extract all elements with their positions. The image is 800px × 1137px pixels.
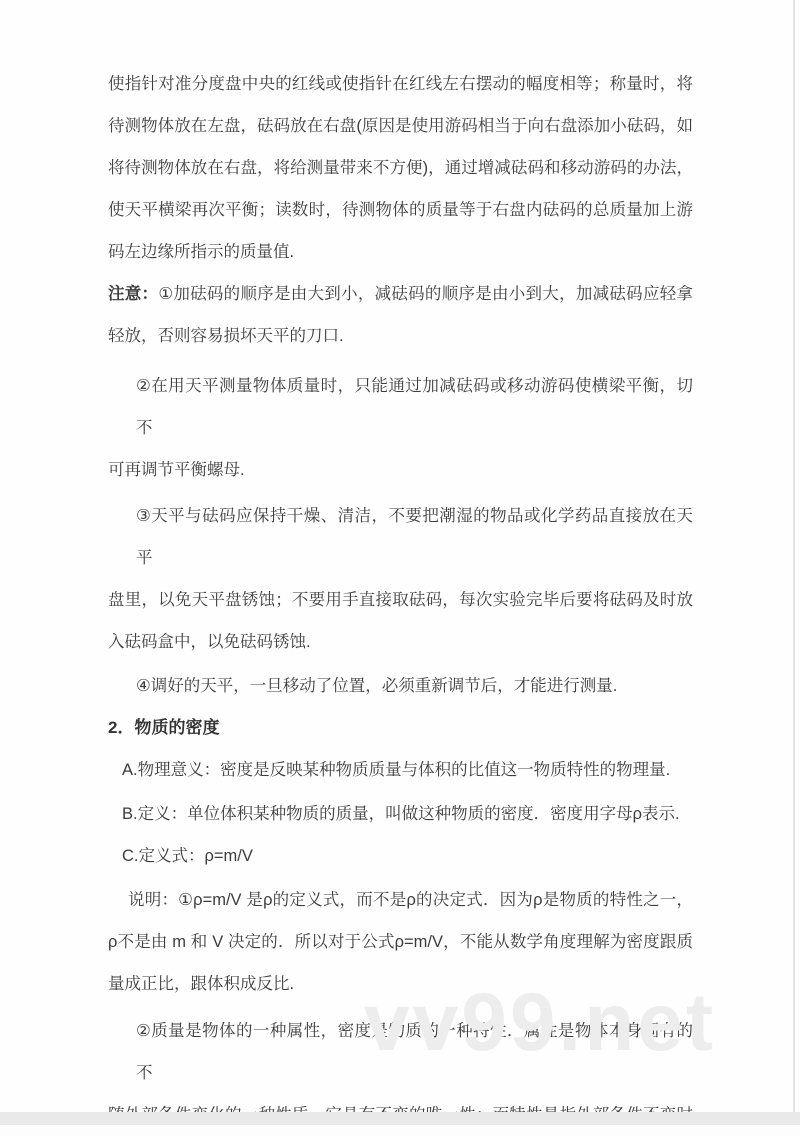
text-line: 可再调节平衡螺母. — [108, 449, 693, 491]
text-line: 使天平横梁再次平衡；读数时，待测物体的质量等于右盘内砝码的总质量加上游 — [108, 189, 693, 231]
text-line: 待测物体放在左盘，砝码放在右盘(原因是使用游码相当于向右盘添加小砝码，如 — [108, 105, 693, 147]
section-heading: 2．物质的密度 — [108, 707, 693, 749]
paragraph: ②在用天平测量物体质量时，只能通过加减砝码或移动游码使横梁平衡，切不可再调节平衡… — [108, 365, 693, 491]
document-page: 使指针对准分度盘中央的红线或使指针在红线左右摆动的幅度相等；称量时，将待测物体放… — [0, 0, 800, 1137]
text-line: 说明：①ρ=m/V 是ρ的定义式，而不是ρ的决定式．因为ρ是物质的特性之一， — [108, 879, 693, 921]
document-body: 使指针对准分度盘中央的红线或使指针在红线左右摆动的幅度相等；称量时，将待测物体放… — [108, 63, 693, 1136]
paragraph: ③天平与砝码应保持干燥、清洁，不要把潮湿的物品或化学药品直接放在天平盘里，以免天… — [108, 495, 693, 663]
text-line: ④调好的天平，一旦移动了位置，必须重新调节后，才能进行测量. — [108, 665, 693, 707]
paragraph: 使指针对准分度盘中央的红线或使指针在红线左右摆动的幅度相等；称量时，将待测物体放… — [108, 63, 693, 273]
text-line: 轻放，否则容易损坏天平的刀口. — [108, 315, 693, 357]
text-line: 使指针对准分度盘中央的红线或使指针在红线左右摆动的幅度相等；称量时，将 — [108, 63, 693, 105]
text-line: 2．物质的密度 — [108, 707, 693, 749]
text-line: ρ不是由 m 和 V 决定的．所以对于公式ρ=m/V，不能从数学角度理解为密度跟… — [108, 921, 693, 963]
paragraph: 注意：①加砝码的顺序是由大到小，减砝码的顺序是由小到大，加减砝码应轻拿轻放，否则… — [108, 273, 693, 357]
text-line: 入砝码盒中，以免砝码锈蚀. — [108, 621, 693, 663]
paragraph: C.定义式：ρ=m/V — [108, 835, 693, 877]
text-line: 将待测物体放在右盘，将给测量带来不方便)，通过增减砝码和移动游码的办法， — [108, 147, 693, 189]
text-line: A.物理意义：密度是反映某种物质质量与体积的比值这一物质特性的物理量. — [108, 749, 693, 791]
text-line: C.定义式：ρ=m/V — [108, 835, 693, 877]
text-line: ②在用天平测量物体质量时，只能通过加减砝码或移动游码使横梁平衡，切不 — [108, 365, 693, 449]
text-line: 注意：①加砝码的顺序是由大到小，减砝码的顺序是由小到大，加减砝码应轻拿 — [108, 273, 693, 315]
text-line: 盘里，以免天平盘锈蚀；不要用手直接取砝码，每次实验完毕后要将砝码及时放 — [108, 579, 693, 621]
paragraph: B.定义：单位体积某种物质的质量，叫做这种物质的密度．密度用字母ρ表示. — [108, 793, 693, 835]
page-right-edge — [793, 0, 795, 1137]
paragraph: ④调好的天平，一旦移动了位置，必须重新调节后，才能进行测量. — [108, 665, 693, 707]
paragraph: A.物理意义：密度是反映某种物质质量与体积的比值这一物质特性的物理量. — [108, 749, 693, 791]
next-page-top — [0, 1125, 800, 1137]
text-line: ③天平与砝码应保持干燥、清洁，不要把潮湿的物品或化学药品直接放在天平 — [108, 495, 693, 579]
bold-label: 注意： — [108, 285, 158, 303]
text-line: B.定义：单位体积某种物质的质量，叫做这种物质的密度．密度用字母ρ表示. — [108, 793, 693, 835]
page-separator — [0, 1112, 800, 1125]
text-line: 码左边缘所指示的质量值. — [108, 231, 693, 273]
watermark: vv99.net — [364, 982, 716, 1064]
